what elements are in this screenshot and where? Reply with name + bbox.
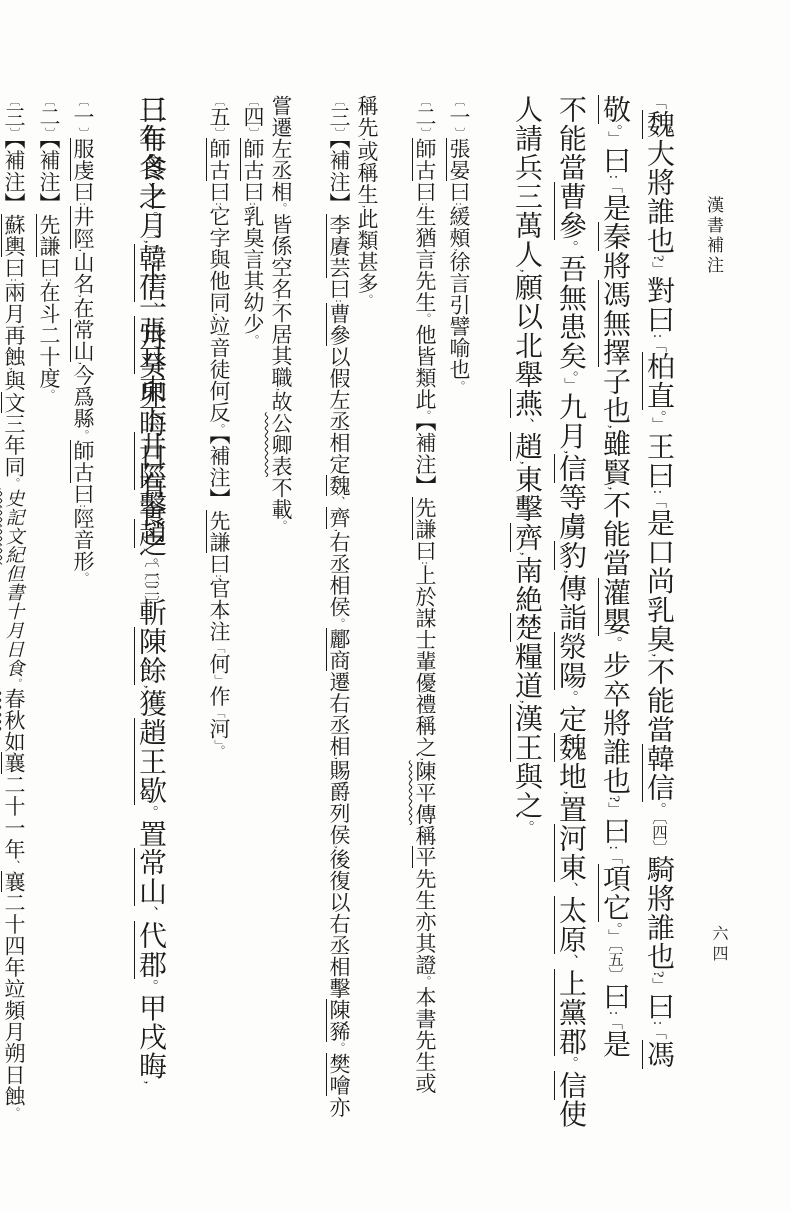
proper-name: 馮 bbox=[642, 1040, 674, 1069]
text-run: 等虜 bbox=[555, 483, 586, 541]
proper-name: 張晏 bbox=[446, 138, 471, 181]
proper-name: 師古 bbox=[240, 138, 265, 181]
text-run: 遷右丞相,賜爵列侯,後復以右丞相擊 bbox=[327, 671, 351, 999]
text-run: 二十一年、 bbox=[2, 774, 26, 871]
text-column-4: 人請兵三萬人,願以北舉燕、趙,東擊齊,南絶楚糧道,漢王與之。 bbox=[502, 95, 546, 1185]
text-run: ,山名,在 bbox=[71, 249, 95, 319]
proper-name: 襄 bbox=[1, 752, 26, 774]
text-column-5: 〔一〕張晏曰:緩頰,徐言引譬喻也。 bbox=[468, 95, 502, 1185]
text-run: 。步卒將誰也?」曰:「 bbox=[599, 636, 630, 864]
text-run: 如 bbox=[2, 731, 26, 753]
text-run: 亦 bbox=[327, 1096, 351, 1118]
text-column-3: 不能當曹參。吾無患矣。」九月,信等虜豹,傳詣滎陽。定魏地,置河東、太原、上黨郡。… bbox=[546, 95, 590, 1185]
text-run: 不載。 bbox=[269, 477, 293, 531]
text-run: 〔四〕 bbox=[241, 95, 265, 138]
page-number: 六四 bbox=[707, 925, 730, 965]
proper-name: 齊 bbox=[510, 523, 542, 552]
text-run: 〔五〕 bbox=[207, 95, 231, 138]
book-title: 文紀 bbox=[4, 527, 24, 565]
proper-name: 先謙 bbox=[412, 497, 437, 540]
note-ref: 〔三〕 bbox=[142, 572, 159, 611]
proper-name: 蘇輿 bbox=[1, 214, 26, 257]
text-run: ,今爲縣。 bbox=[71, 362, 95, 440]
text-run: 子也,雖賢,不能當 bbox=[599, 367, 630, 577]
text-run: 但書十月日食。 bbox=[4, 564, 24, 688]
text-run: 曰:「是 bbox=[599, 982, 630, 1059]
proper-name: 陳豨 bbox=[326, 999, 351, 1042]
proper-name: 漢王 bbox=[510, 704, 542, 762]
text-run: 。」王曰:「是口尚乳臭,不能當 bbox=[643, 410, 674, 744]
proper-name: 魏 bbox=[554, 733, 586, 762]
proper-name: 曹參 bbox=[554, 182, 586, 240]
text-run: 將 bbox=[599, 251, 630, 280]
text-run: 。定 bbox=[555, 690, 586, 734]
proper-name: 太原 bbox=[554, 896, 586, 954]
proper-name: 井陘 bbox=[70, 206, 95, 249]
text-run: ,傳詣 bbox=[555, 570, 586, 632]
proper-name: 曹參 bbox=[326, 303, 351, 346]
text-run: 人請兵三萬人,願以北舉 bbox=[511, 95, 542, 389]
text-run: 〔三〕【補注】 bbox=[2, 95, 26, 214]
text-run: 〔二〕【補注】 bbox=[37, 95, 61, 214]
book-title: 陳平傳 bbox=[413, 760, 437, 825]
proper-name: 柏直 bbox=[642, 352, 674, 410]
text-run: 與之。 bbox=[511, 762, 542, 835]
proper-name: 楚 bbox=[510, 613, 542, 642]
note-ref: 〔四〕 bbox=[650, 817, 667, 856]
proper-name: 師古 bbox=[206, 138, 231, 181]
proper-name: 馮無擇 bbox=[598, 280, 630, 367]
text-run: 糧道, bbox=[511, 642, 542, 704]
proper-name: 李賡芸 bbox=[326, 214, 351, 279]
scanned-book-page: 漢書補注 六四 「魏大將誰也?」對曰:「柏直。」王曰:「是口尚乳臭,不能當韓信。… bbox=[0, 0, 790, 1211]
proper-name: 文 bbox=[1, 392, 26, 414]
proper-name: 秦 bbox=[598, 222, 630, 251]
book-title: 春秋 bbox=[2, 688, 26, 731]
text-run: 不能當 bbox=[555, 95, 586, 182]
text-run: 、 bbox=[555, 882, 586, 897]
text-run: 、 bbox=[511, 418, 542, 433]
text-run: ,獲 bbox=[135, 685, 166, 718]
proper-name: 上黨郡 bbox=[554, 969, 586, 1056]
proper-name: 酈商 bbox=[326, 628, 351, 671]
text-run: 以假左丞相定 bbox=[327, 346, 351, 475]
text-run: 、 bbox=[555, 954, 586, 969]
proper-name: 灌嬰 bbox=[598, 578, 630, 636]
proper-name: 豹 bbox=[554, 541, 586, 570]
note-ref: 〔五〕 bbox=[606, 944, 623, 983]
text-run: 〔三〕【補注】 bbox=[327, 95, 351, 214]
proper-name: 燕 bbox=[510, 389, 542, 418]
proper-name: 趙王歇 bbox=[134, 718, 166, 805]
text-run: 嘗遷左丞相。皆係空名,不居其職,故 bbox=[269, 95, 293, 412]
proper-name: 樊噲 bbox=[326, 1053, 351, 1096]
proper-name: 常山 bbox=[134, 848, 166, 906]
proper-name: 平 bbox=[412, 846, 437, 868]
proper-name: 信 bbox=[554, 454, 586, 483]
text-run: 。 bbox=[327, 1042, 351, 1053]
text-run: 曰: bbox=[71, 181, 95, 206]
text-run: 曰:緩頰,徐言引譬喻也。 bbox=[447, 181, 471, 391]
proper-name: 河東 bbox=[554, 824, 586, 882]
proper-name: 先謙 bbox=[36, 214, 61, 257]
proper-name: 服虔 bbox=[70, 138, 95, 181]
text-run: 曰: bbox=[327, 278, 351, 303]
text-run: 使 bbox=[555, 1100, 586, 1129]
margin-title: 漢書補注 bbox=[701, 196, 726, 276]
text-run: 日有食之。 bbox=[135, 95, 166, 226]
text-run: 曰:在斗二十度。 bbox=[37, 257, 61, 400]
text-run: 〔一〕 bbox=[71, 95, 95, 138]
text-run: 曰:陘音形。 bbox=[71, 483, 95, 583]
proper-name: 韓信 bbox=[642, 744, 674, 802]
proper-name: 代郡 bbox=[134, 921, 166, 979]
text-run: ,右丞相侯。 bbox=[327, 529, 351, 629]
text-run: 大將誰也?」對曰:「 bbox=[643, 139, 674, 353]
proper-name: 魏 bbox=[326, 475, 351, 497]
text-run: 。 bbox=[555, 1056, 586, 1071]
proper-name: 師古 bbox=[70, 440, 95, 483]
text-column-2: 敬。」曰:「是秦將馮無擇子也,雖賢,不能當灌嬰。步卒將誰也?」曰:「項它。」〔五… bbox=[590, 95, 634, 1185]
text-run: 曰:官本注「何」作「河」。 bbox=[207, 553, 231, 756]
text-run: 。置 bbox=[135, 805, 166, 849]
proper-name: 常山 bbox=[70, 319, 95, 362]
text-run: 二十四年竝頻月朔日蝕。 bbox=[2, 892, 26, 1118]
text-run: 曰:生猶言先生。他皆類此。【補注】 bbox=[413, 181, 437, 496]
proper-name: 陳餘 bbox=[134, 627, 166, 685]
text-run: 三年同。 bbox=[2, 413, 26, 488]
proper-name: 滎陽 bbox=[554, 632, 586, 690]
proper-name: 襄 bbox=[1, 871, 26, 893]
text-run: 騎將誰也?」曰:「 bbox=[643, 855, 674, 1040]
proper-name: 信 bbox=[554, 1071, 586, 1100]
text-columns: 「魏大將誰也?」對曰:「柏直。」王曰:「是口尚乳臭,不能當韓信。〔四〕騎將誰也?… bbox=[38, 95, 678, 1185]
proper-name: 師古 bbox=[412, 138, 437, 181]
text-run: 先生亦其證。本書先生或 bbox=[413, 868, 437, 1094]
text-run: 。甲戌晦, bbox=[135, 979, 166, 1084]
book-title: 史記 bbox=[4, 489, 24, 527]
text-run: 曰:它字與他同,竝音徒何反。【補注】 bbox=[207, 181, 231, 510]
text-run: 曰:兩月再蝕,與 bbox=[2, 257, 26, 392]
text-run: ,南絶 bbox=[511, 552, 542, 614]
text-run: 、 bbox=[327, 496, 351, 507]
proper-name: 敬 bbox=[598, 95, 630, 124]
text-run: 。」 bbox=[599, 922, 630, 944]
text-column-1: 「魏大將誰也?」對曰:「柏直。」王曰:「是口尚乳臭,不能當韓信。〔四〕騎將誰也?… bbox=[634, 95, 678, 1185]
book-title: 公卿表 bbox=[269, 412, 293, 477]
proper-name: 趙 bbox=[510, 432, 542, 461]
text-run: 地,置 bbox=[555, 762, 586, 824]
text-run: 。」曰:「是 bbox=[599, 124, 630, 222]
text-run: 稱先,或稱生,此類甚多。 bbox=[355, 95, 379, 305]
text-run: 〔二〕 bbox=[413, 95, 437, 138]
proper-name: 項它 bbox=[598, 864, 630, 922]
text-run: 曰:上於謀士輩優禮稱之, bbox=[413, 540, 437, 761]
text-run: 〔一〕 bbox=[447, 95, 471, 138]
text-run: ,東擊 bbox=[511, 461, 542, 523]
proper-name: 魏 bbox=[642, 110, 674, 139]
text-run: 稱 bbox=[413, 825, 437, 847]
proper-name: 齊 bbox=[326, 507, 351, 529]
text-run: 。吾無患矣。」九月, bbox=[555, 240, 586, 454]
proper-name: 先謙 bbox=[206, 510, 231, 553]
text-column-14: 〔一〕服虔曰:井陘,山名,在常山,今爲縣。師古曰:陘音形。 bbox=[92, 95, 126, 1185]
text-run: 、 bbox=[135, 906, 166, 921]
note-ref: 〔二〕 bbox=[142, 226, 159, 265]
text-run: 曰:乳臭言其幼少。 bbox=[241, 181, 265, 345]
text-run: 「 bbox=[643, 95, 674, 110]
text-run: 十一月癸卯晦,日有食之。 bbox=[135, 264, 166, 572]
text-run: 。 bbox=[643, 802, 674, 817]
